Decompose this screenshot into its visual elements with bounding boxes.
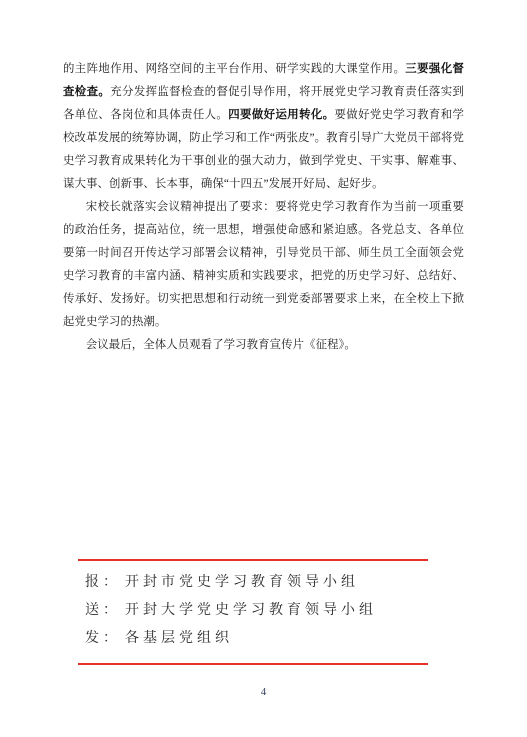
body-text: 要做好党史学习教育和学校改革发展的统筹协调，防止学习和工作“两张皮”。教育引导广…: [63, 109, 464, 190]
paragraph-3: 会议最后，全体人员观看了学习教育宣传片《征程》。: [63, 334, 464, 357]
distribution-row-send: 送：开封大学党史学习教育领导小组: [85, 597, 428, 625]
document-body: 的主阵地作用、网络空间的主平台作用、研学实践的大课堂作用。三要强化督查检查。充分…: [63, 58, 464, 357]
body-text: 宋校长就落实会议精神提出了要求：要将党史学习教育作为当前一项重要的政治任务，提高…: [63, 201, 464, 328]
distribution-value: 开封大学党史学习教育领导小组: [125, 597, 377, 625]
body-text: 的主阵地作用、网络空间的主平台作用、研学实践的大课堂作用。: [63, 63, 405, 75]
paragraph-1: 的主阵地作用、网络空间的主平台作用、研学实践的大课堂作用。三要强化督查检查。充分…: [63, 58, 464, 196]
body-text-bold-heading-4: 四要做好运用转化。: [228, 109, 334, 121]
distribution-row-report: 报：开封市党史学习教育领导小组: [85, 569, 428, 597]
distribution-block: 报：开封市党史学习教育领导小组 送：开封大学党史学习教育领导小组 发：各基层党组…: [78, 559, 428, 665]
distribution-label: 发：: [85, 625, 121, 653]
body-text: 会议最后，全体人员观看了学习教育宣传片《征程》。: [86, 339, 356, 351]
distribution-value: 各基层党组织: [125, 625, 233, 653]
distribution-value: 开封市党史学习教育领导小组: [125, 569, 359, 597]
distribution-label: 报：: [85, 569, 121, 597]
page-number: 4: [0, 686, 527, 698]
paragraph-2: 宋校长就落实会议精神提出了要求：要将党史学习教育作为当前一项重要的政治任务，提高…: [63, 196, 464, 334]
distribution-label: 送：: [85, 597, 121, 625]
distribution-row-issue: 发：各基层党组织: [85, 625, 428, 653]
